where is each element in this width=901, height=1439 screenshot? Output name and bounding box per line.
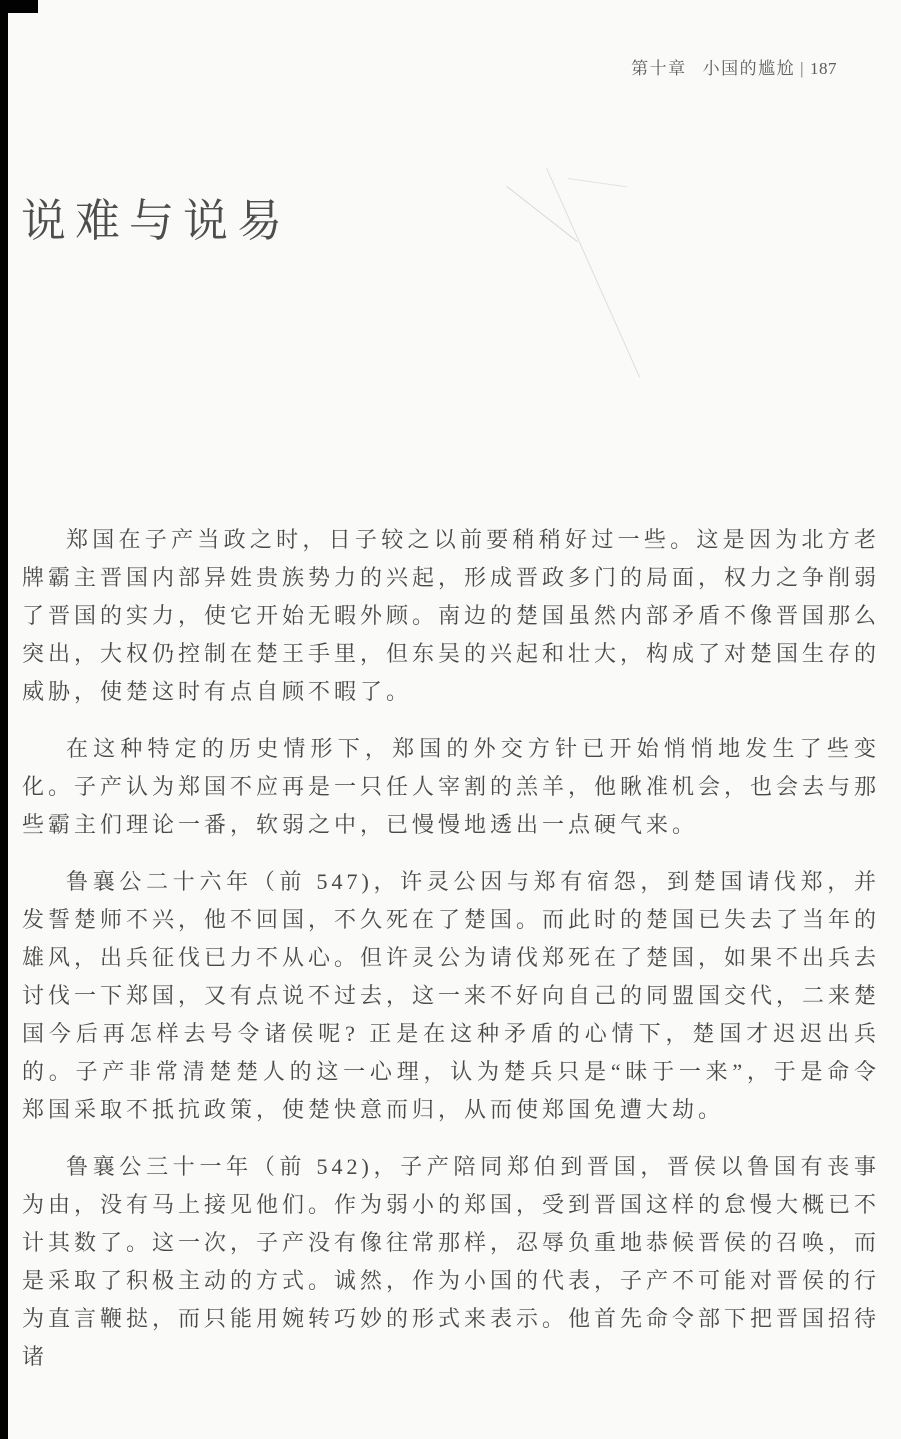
- scan-crease-artifact: [568, 178, 628, 187]
- header-separator: |: [800, 59, 805, 78]
- paragraph-4: 鲁襄公三十一年（前 542)，子产陪同郑伯到晋国，晋侯以鲁国有丧事为由，没有马上…: [22, 1148, 880, 1376]
- paragraph-3: 鲁襄公二十六年（前 547)，许灵公因与郑有宿怨，到楚国请伐郑，并发誓楚师不兴，…: [22, 863, 880, 1129]
- scan-edge-artifact: [0, 0, 8, 1439]
- section-title: 说难与说易: [21, 184, 291, 249]
- page-number: 187: [810, 59, 837, 78]
- section-label: 小国的尴尬: [703, 59, 796, 78]
- scan-corner-artifact: [0, 0, 38, 13]
- book-page: 第十章小国的尴尬|187 说难与说易 郑国在子产当政之时，日子较之以前要稍稍好过…: [0, 0, 901, 1439]
- chapter-label: 第十章: [631, 59, 687, 78]
- scan-crease-artifact: [546, 168, 640, 378]
- body-text: 郑国在子产当政之时，日子较之以前要稍稍好过一些。这是因为北方老牌霸主晋国内部异姓…: [22, 521, 880, 1376]
- paragraph-1: 郑国在子产当政之时，日子较之以前要稍稍好过一些。这是因为北方老牌霸主晋国内部异姓…: [22, 521, 880, 711]
- running-head: 第十章小国的尴尬|187: [631, 54, 837, 79]
- paragraph-2: 在这种特定的历史情形下，郑国的外交方针已开始悄悄地发生了些变化。子产认为郑国不应…: [22, 730, 880, 844]
